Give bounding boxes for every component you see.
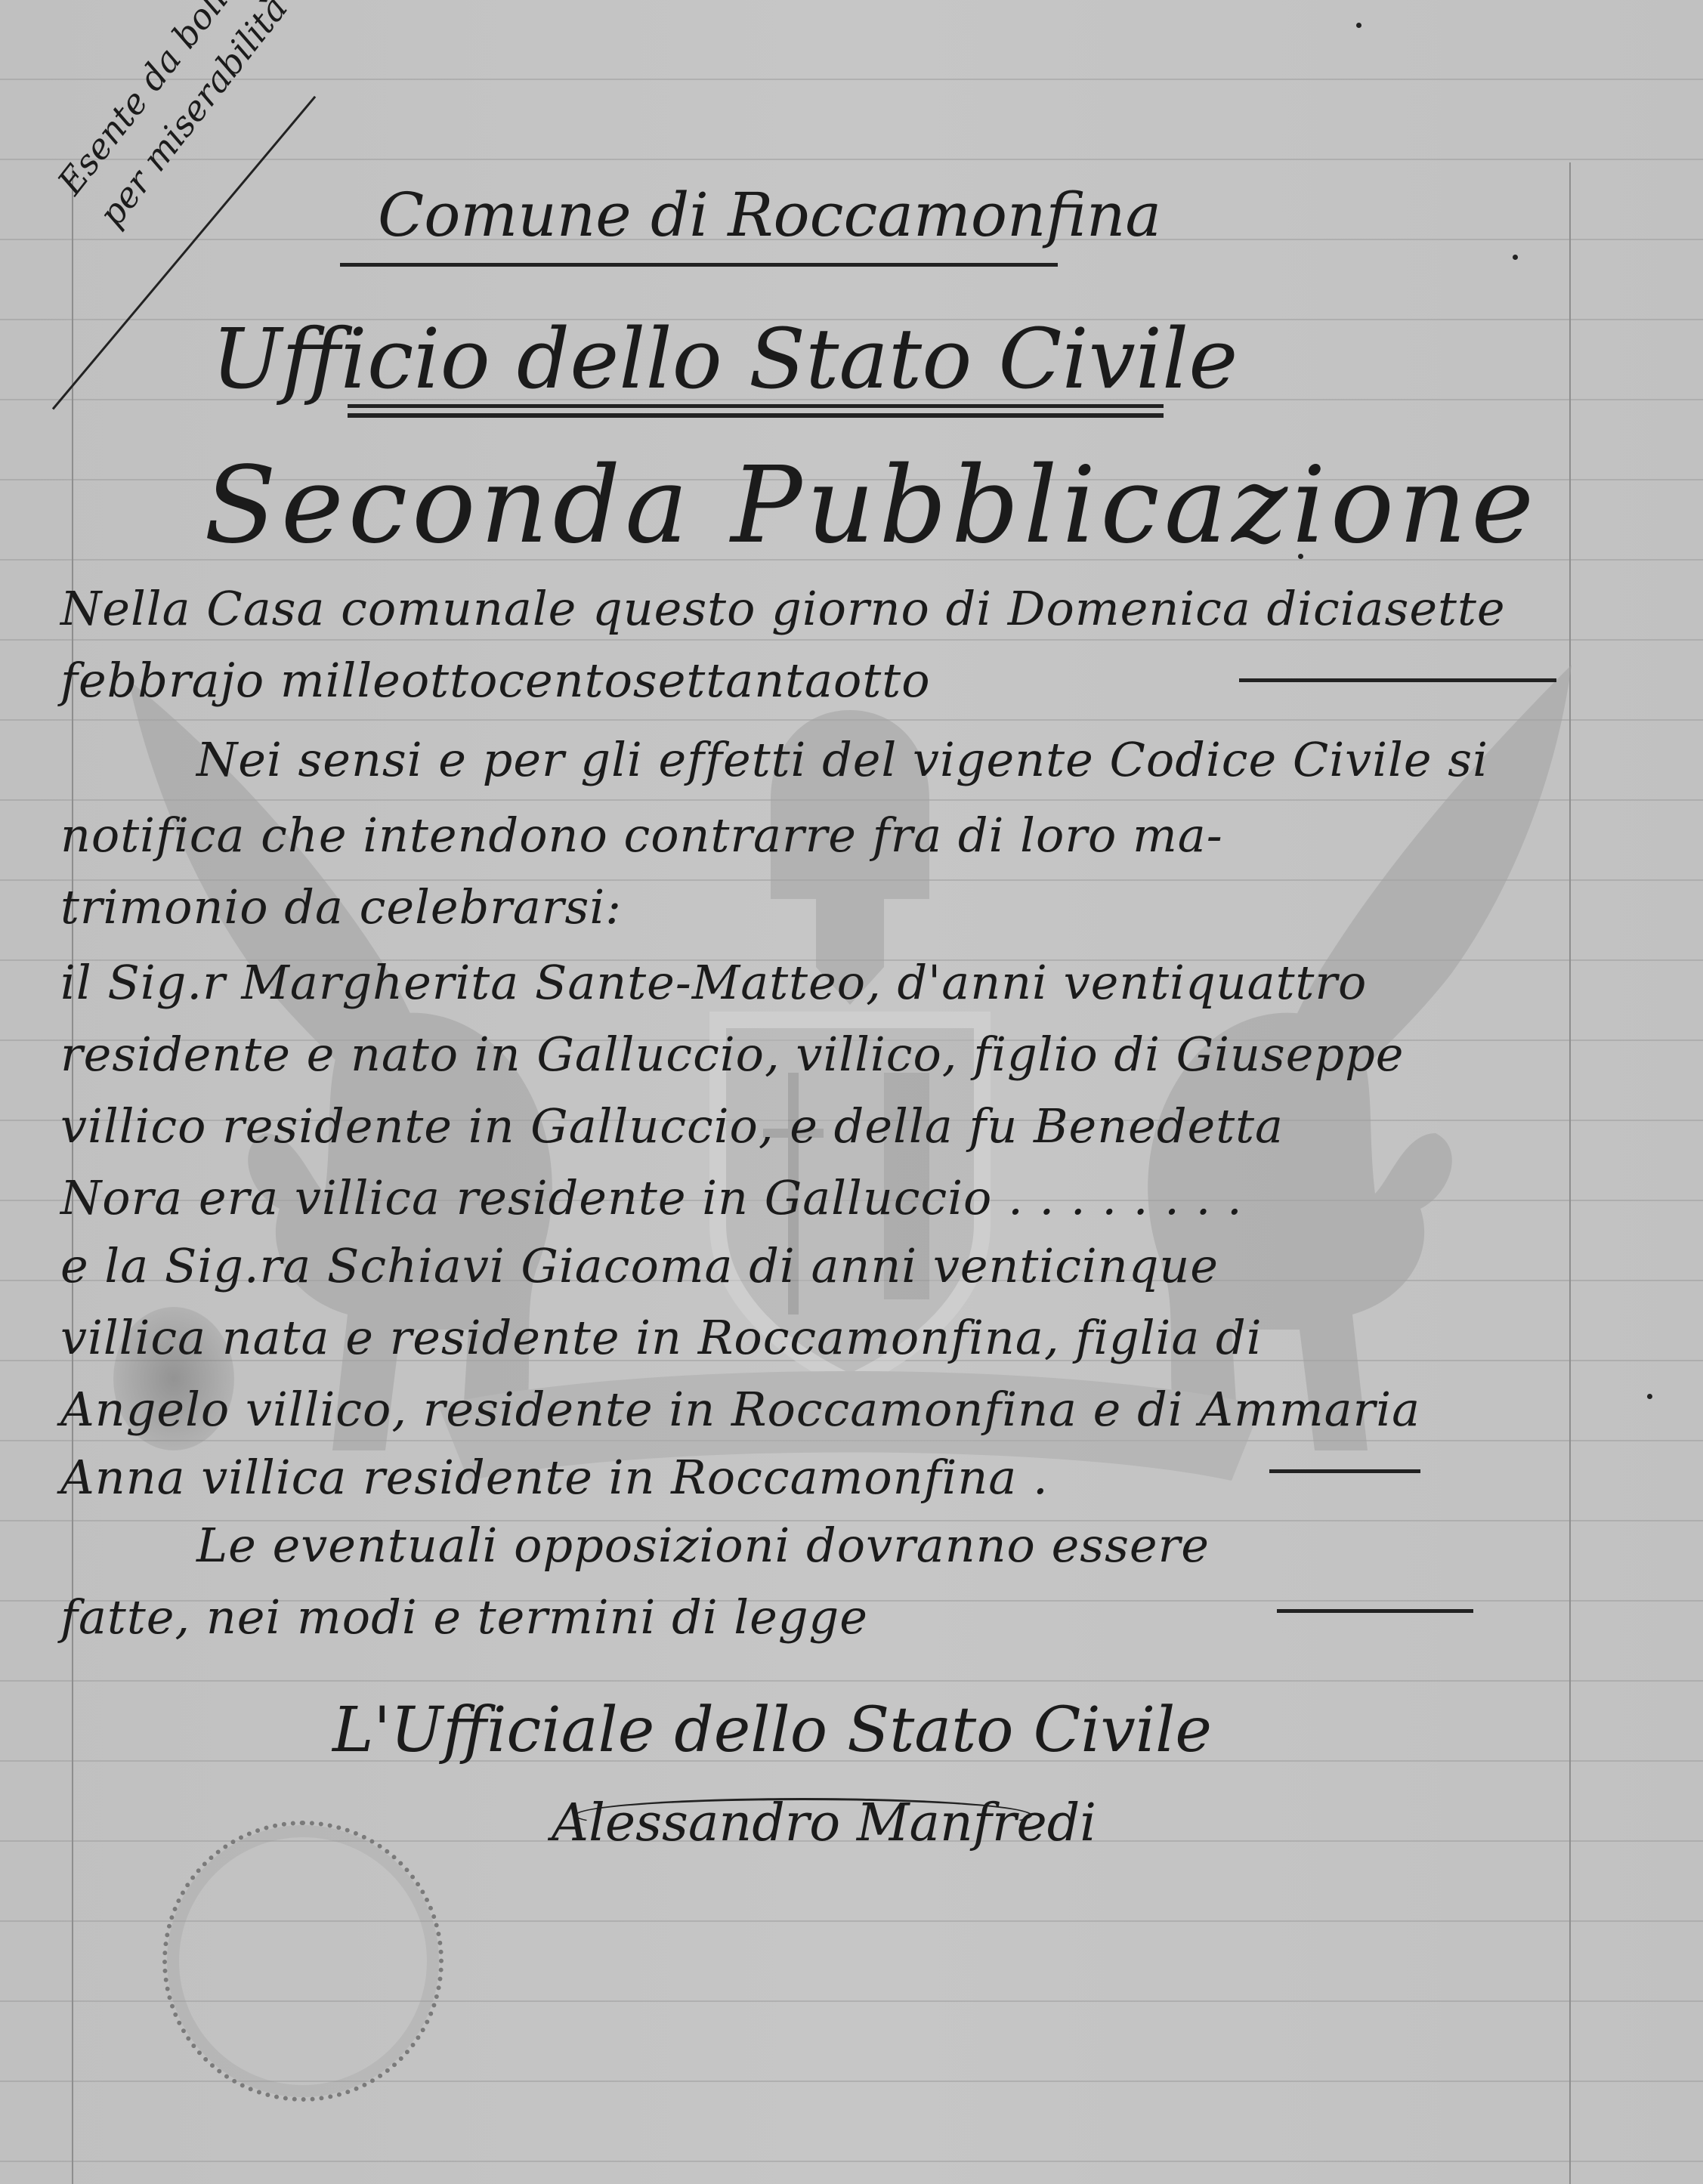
header-double-underline-bottom (348, 413, 1164, 418)
header-ufficio: Ufficio dello Stato Civile (212, 317, 1238, 400)
body-line: Anna villica residente in Roccamonfina . (60, 1454, 1049, 1501)
paper-speck (1356, 23, 1361, 28)
body-line: Nella Casa comunale questo giorno di Dom… (60, 585, 1506, 632)
paper-speck (1298, 554, 1303, 559)
body-line: Nora era villica residente in Galluccio … (60, 1175, 1243, 1222)
paper-speck (1513, 255, 1518, 260)
document-title: Seconda Pubblicazione (204, 453, 1538, 559)
official-stamp (162, 1821, 444, 2102)
body-line: villica nata e residente in Roccamonfina… (60, 1314, 1263, 1361)
body-line: Le eventuali opposizioni dovranno essere (196, 1522, 1210, 1569)
right-margin-rule (1569, 162, 1571, 2184)
body-line: Nei sensi e per gli effetti del vigente … (196, 737, 1488, 783)
paper-speck (1647, 1394, 1652, 1399)
body-line: febbrajo milleottocentosettantaotto (60, 657, 931, 704)
header-double-underline-top (348, 404, 1164, 408)
header-comune: Comune di Roccamonfina (378, 185, 1161, 246)
body-line: trimonio da celebrarsi: (60, 884, 622, 931)
header-underline (340, 263, 1058, 267)
body-line: e la Sig.ra Schiavi Giacoma di anni vent… (60, 1243, 1219, 1290)
body-line: fatte, nei modi e termini di legge (60, 1594, 868, 1641)
line-filler-dash (1269, 1469, 1420, 1473)
line-filler-dash (1277, 1609, 1473, 1613)
body-line: notifica che intendono contrarre fra di … (60, 812, 1223, 859)
line-filler-dash (1239, 678, 1556, 682)
body-line: il Sig.r Margherita Sante-Matteo, d'anni… (60, 959, 1367, 1006)
officer-title: L'Ufficiale dello Stato Civile (332, 1700, 1212, 1762)
body-line: residente e nato in Galluccio, villico, … (60, 1031, 1404, 1078)
body-line: Angelo villico, residente in Roccamonfin… (60, 1386, 1420, 1433)
officer-signature: Alessandro Manfredi (552, 1798, 1096, 1849)
body-line: villico residente in Galluccio, e della … (60, 1103, 1284, 1150)
